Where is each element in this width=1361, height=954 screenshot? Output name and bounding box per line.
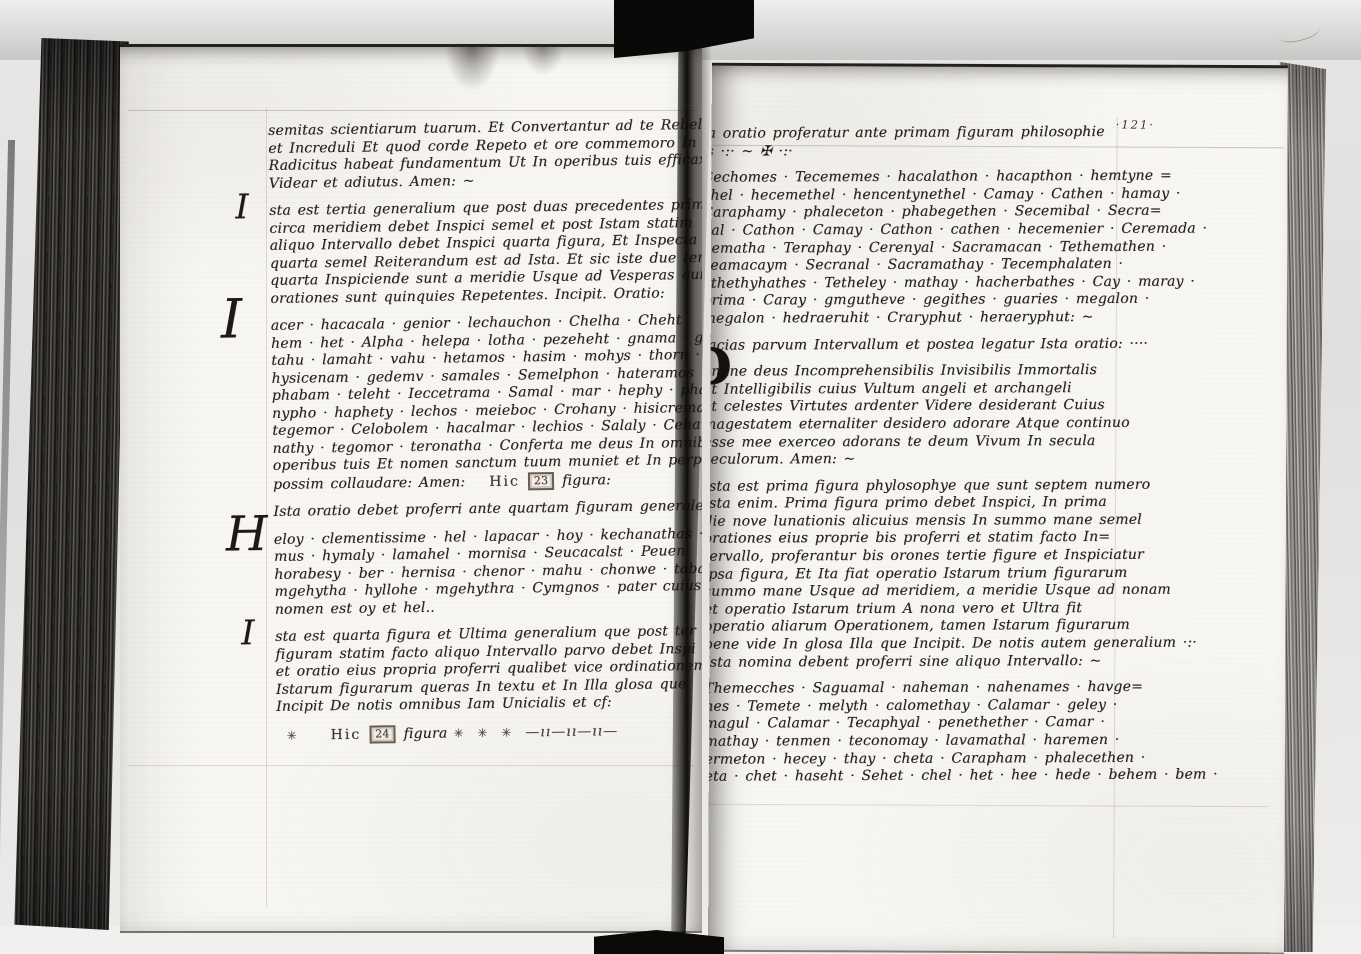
manuscript-paragraph: Ista est tertia generalium que post duas… xyxy=(269,195,702,308)
manuscript-line-text: nomen est oy et hel.. xyxy=(275,599,435,617)
manuscript-line-text: bal · Cathon · Camay · Cathon · cathen ·… xyxy=(708,220,1207,238)
manuscript-line-text: facias parvum Intervallum et postea lega… xyxy=(708,335,1148,353)
manuscript-line: magestatem eternaliter desidero adorare … xyxy=(708,414,1208,434)
manuscript-line: Ista oratio debet proferri ante quartam … xyxy=(273,496,702,522)
ruled-line xyxy=(128,110,698,111)
manuscript-paragraph: facias parvum Intervallum et postea lega… xyxy=(708,335,1208,355)
book-board-edge xyxy=(0,140,15,910)
manuscript-line-text: ta oratio proferatur ante primam figuram… xyxy=(708,124,1105,142)
manuscript-line: Caraphamy · phaleceton · phabegethen · S… xyxy=(708,203,1207,223)
manuscript-line-text: operatio aliarum Operationem, tamen Ista… xyxy=(708,617,1130,635)
manuscript-line: is ·:· ~ ✠ ·:· xyxy=(708,141,1207,161)
manuscript-line-text: ipsa figura, Et Ita fiat operatio Istaru… xyxy=(708,565,1127,583)
illuminated-initial: H xyxy=(226,525,268,543)
manuscript-line: tervallo, proferantur bis orones tertie … xyxy=(708,547,1209,567)
flourish-ornament: ✳ ✳ ✳ xyxy=(447,725,521,740)
manuscript-line-text: prima · Caray · gmgutheve · gegithes · g… xyxy=(708,291,1149,309)
manuscript-paragraph: Ista est quarta figura et Ultima general… xyxy=(275,621,702,717)
manuscript-line: magul · Calamar · Tecaphyal · penethethe… xyxy=(708,714,1209,734)
manuscript-line-text: omine deus Incomprehensibilis Invisibili… xyxy=(708,362,1097,380)
manuscript-line: mathay · tenmen · teconomay · lavamathal… xyxy=(708,731,1209,751)
manuscript-line-text: tervallo, proferantur bis orones tertie … xyxy=(708,547,1144,565)
manuscript-line-text: summo mane Usque ad meridiem, a meridie … xyxy=(708,582,1171,600)
manuscript-line-text: mathay · tenmen · teconomay · lavamathal… xyxy=(708,732,1119,750)
manuscript-line: ermeton · hecey · thay · cheta · Carapha… xyxy=(708,749,1209,769)
manuscript-line-text: et celestes Virtutes ardenter Videre des… xyxy=(708,397,1105,415)
manuscript-line-text: Ista oratio debet proferri ante quartam … xyxy=(273,498,702,520)
manuscript-line: operatio aliarum Operationem, tamen Ista… xyxy=(708,617,1209,637)
manuscript-line-text: nes · Temete · melyth · calomethay · Cal… xyxy=(708,697,1117,715)
manuscript-line-text: ceamacaym · Secranal · Sacramathay · Tec… xyxy=(708,256,1123,274)
figure-number-box: 24 xyxy=(369,725,396,743)
ruled-line xyxy=(709,804,1269,807)
manuscript-line-text: Caraphamy · phaleceton · phabegethen · S… xyxy=(708,203,1162,221)
manuscript-line: nes · Temete · melyth · calomethay · Cal… xyxy=(708,696,1209,716)
manuscript-line: summo mane Usque ad meridiem, a meridie … xyxy=(708,582,1209,602)
manuscript-paragraph: ✳Hic24figura✳ ✳ ✳—ıı—ıı—ıı— xyxy=(276,718,702,745)
manuscript-line-text: bene vide In glosa Illa que Incipit. De … xyxy=(708,635,1197,653)
manuscript-line: eta · chet · haseht · Sehet · chel · het… xyxy=(708,767,1209,787)
manuscript-line-text: esse mee exerceo adorans te deum Vivum I… xyxy=(708,432,1095,450)
manuscript-line-text: magul · Calamar · Tecaphyal · penethethe… xyxy=(708,714,1105,732)
manuscript-line: bene vide In glosa Illa que Incipit. De … xyxy=(708,635,1209,655)
manuscript-line: esse mee exerceo adorans te deum Vivum I… xyxy=(708,432,1208,452)
manuscript-line: bal · Cathon · Camay · Cathon · cathen ·… xyxy=(708,220,1207,240)
manuscript-line-text: Ista nomina debent proferri sine aliquo … xyxy=(708,653,1101,671)
manuscript-line-text: athethyhathes · Tetheley · mathay · hach… xyxy=(708,273,1195,291)
manuscript-line: megalon · hedraeruhit · Craryphut · hera… xyxy=(708,308,1207,328)
pen-flourish: —ıı—ıı—ıı— xyxy=(521,723,618,740)
figure-number-box: 23 xyxy=(528,471,555,489)
manuscript-line: ehel · hecemethel · hencentynethel · Cam… xyxy=(708,185,1207,205)
manuscript-line-text: megalon · hedraeruhit · Craryphut · hera… xyxy=(708,309,1093,327)
manuscript-line-text: eta · chet · haseht · Sehet · chel · het… xyxy=(708,767,1218,785)
manuscript-line-text: ehel · hecemethel · hencentynethel · Cam… xyxy=(708,185,1180,203)
ink-smudge xyxy=(518,47,568,81)
manuscript-line-text: possim collaudare: Amen: xyxy=(273,474,465,493)
flourish-ornament: ✳ xyxy=(280,728,306,742)
manuscript-paragraph: Ista est prima figura phylosophye que su… xyxy=(708,476,1209,672)
ink-smudge xyxy=(440,47,504,97)
manuscript-line: facias parvum Intervallum et postea lega… xyxy=(708,335,1208,355)
manuscript-line-text: is ·:· ~ ✠ ·:· xyxy=(708,143,793,159)
manuscript-line: Ista enim. Prima figura primo debet Insp… xyxy=(708,494,1208,514)
manuscript-line: hematha · Teraphay · Cerenyal · Sacramac… xyxy=(708,238,1207,258)
manuscript-line-text: et Intelligibilis cuius Vultum angeli et… xyxy=(708,380,1072,398)
illuminated-initial: D xyxy=(708,359,732,377)
manuscript-paragraph: Domine deus Incomprehensibilis Invisibil… xyxy=(708,362,1208,470)
figure-caption: figura: xyxy=(554,472,611,489)
manuscript-line-text: et operatio Istarum trium A nona vero et… xyxy=(708,600,1082,618)
manuscript-line-text: Gechomes · Tecememes · hacalathon · haca… xyxy=(708,168,1172,186)
manuscript-paragraph: Ista oratio debet proferri ante quartam … xyxy=(273,496,702,522)
manuscript-line-text: seculorum. Amen: ~ xyxy=(708,451,855,468)
manuscript-paragraph: Heloy · clementissime · hel · lapacar · … xyxy=(274,523,702,619)
illuminated-initial: I xyxy=(241,625,255,643)
manuscript-paragraph: Themecches · Saguamal · naheman · nahena… xyxy=(708,679,1209,787)
manuscript-line: seculorum. Amen: ~ xyxy=(708,450,1208,470)
manuscript-line: et operatio Istarum trium A nona vero et… xyxy=(708,599,1209,619)
manuscript-paragraph: ta oratio proferatur ante primam figuram… xyxy=(708,123,1207,160)
manuscript-page-verso: semitas scientiarum tuarum. Et Convertan… xyxy=(120,44,702,933)
manuscript-line: prima · Caray · gmgutheve · gegithes · g… xyxy=(708,291,1207,311)
manuscript-line: Ista nomina debent proferri sine aliquo … xyxy=(708,652,1209,672)
manuscript-line-text: Ista est prima figura phylosophye que su… xyxy=(708,476,1150,494)
manuscript-line: omine deus Incomprehensibilis Invisibili… xyxy=(708,362,1208,382)
manuscript-paragraph: semitas scientiarum tuarum. Et Convertan… xyxy=(268,115,702,193)
manuscript-line-text: hematha · Teraphay · Cerenyal · Sacramac… xyxy=(708,238,1166,256)
manuscript-line: ceamacaym · Secranal · Sacramathay · Tec… xyxy=(708,256,1207,276)
manuscript-line: et Intelligibilis cuius Vultum angeli et… xyxy=(708,379,1208,399)
manuscript-line: ipsa figura, Et Ita fiat operatio Istaru… xyxy=(708,564,1209,584)
manuscript-text-left: semitas scientiarum tuarum. Et Convertan… xyxy=(120,115,702,757)
manuscript-line: Ista est prima figura phylosophye que su… xyxy=(708,476,1208,496)
manuscript-page-recto: ·121· ta oratio proferatur ante primam f… xyxy=(708,63,1288,954)
manuscript-line-text: orationes eius proprie bis proferri et s… xyxy=(708,529,1110,547)
manuscript-line: et celestes Virtutes ardenter Videre des… xyxy=(708,397,1208,417)
manuscript-line-text: magestatem eternaliter desidero adorare … xyxy=(708,415,1130,433)
manuscript-paragraph: Iacer · hacacala · genior · lechauchon ·… xyxy=(271,310,702,494)
manuscript-line: Themecches · Saguamal · naheman · nahena… xyxy=(708,679,1209,699)
manuscript-line-text: Videar et adiutus. Amen: ~ xyxy=(269,173,475,192)
figure-caption: figura xyxy=(395,725,447,742)
illuminated-initial: I xyxy=(221,310,243,328)
manuscript-line-text: die nove lunationis alicuius mensis In s… xyxy=(708,512,1142,530)
manuscript-line-text: Incipit De notis omnibus Iam Unicialis e… xyxy=(276,694,612,715)
page-edges-left xyxy=(12,38,130,930)
manuscript-line: die nove lunationis alicuius mensis In s… xyxy=(708,511,1208,531)
manuscript-line-text: Themecches · Saguamal · naheman · nahena… xyxy=(708,679,1143,697)
manuscript-line-text: Ista enim. Prima figura primo debet Insp… xyxy=(708,494,1107,512)
ruled-line xyxy=(128,765,694,766)
manuscript-line: orationes eius proprie bis proferri et s… xyxy=(708,529,1208,549)
manuscript-text-right: ta oratio proferatur ante primam figuram… xyxy=(708,123,1210,795)
manuscript-line: Gechomes · Tecememes · hacalathon · haca… xyxy=(708,168,1207,188)
manuscript-line: athethyhathes · Tetheley · mathay · hach… xyxy=(708,273,1207,293)
manuscript-line: ta oratio proferatur ante primam figuram… xyxy=(708,123,1207,143)
illuminated-initial: I xyxy=(235,199,249,217)
figure-caption: Hic xyxy=(465,473,528,490)
figure-caption: Hic xyxy=(306,726,369,743)
manuscript-line-text: ermeton · hecey · thay · cheta · Carapha… xyxy=(708,749,1145,767)
manuscript-paragraph: Gechomes · Tecememes · hacalathon · haca… xyxy=(708,168,1207,329)
